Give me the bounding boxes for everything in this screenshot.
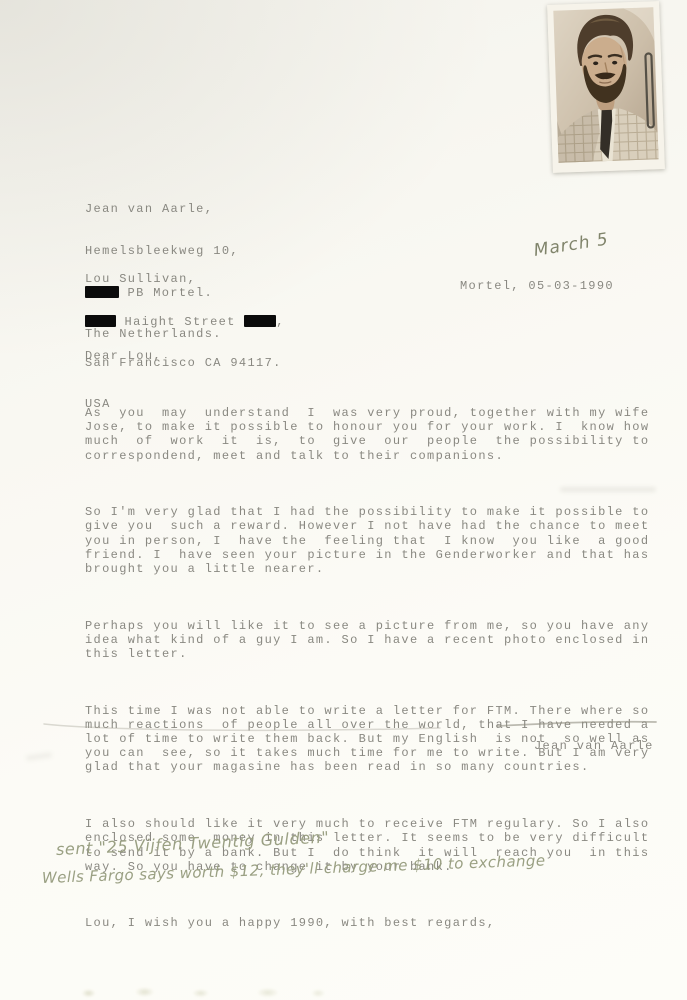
cut-off-handwriting-remnant — [55, 986, 335, 998]
pencil-smudge — [560, 487, 656, 492]
paragraph-1: As you may understand I was very proud, … — [85, 406, 660, 463]
pencil-smudge — [26, 752, 52, 761]
paragraph-2: So I'm very glad that I had the possibil… — [85, 505, 660, 576]
portrait-photo — [547, 1, 665, 173]
scanned-letter-page: March 5 Jean van Aarle, Hemelsbleekweg 1… — [0, 0, 687, 1000]
recipient-name: Lou Sullivan, — [85, 273, 285, 287]
paragraph-3: Perhaps you will like it to see a pictur… — [85, 619, 660, 662]
sender-name: Jean van Aarle, — [85, 203, 239, 217]
portrait-photo-image — [547, 1, 665, 173]
typed-date-line: Mortel, 05-03-1990 — [460, 279, 614, 293]
handwritten-date-annotation: March 5 — [532, 229, 610, 261]
salutation: Dear Lou, — [85, 349, 660, 363]
signature: Jean van Aarle — [534, 739, 654, 753]
closing-line: Lou, I wish you a happy 1990, with best … — [85, 916, 660, 930]
